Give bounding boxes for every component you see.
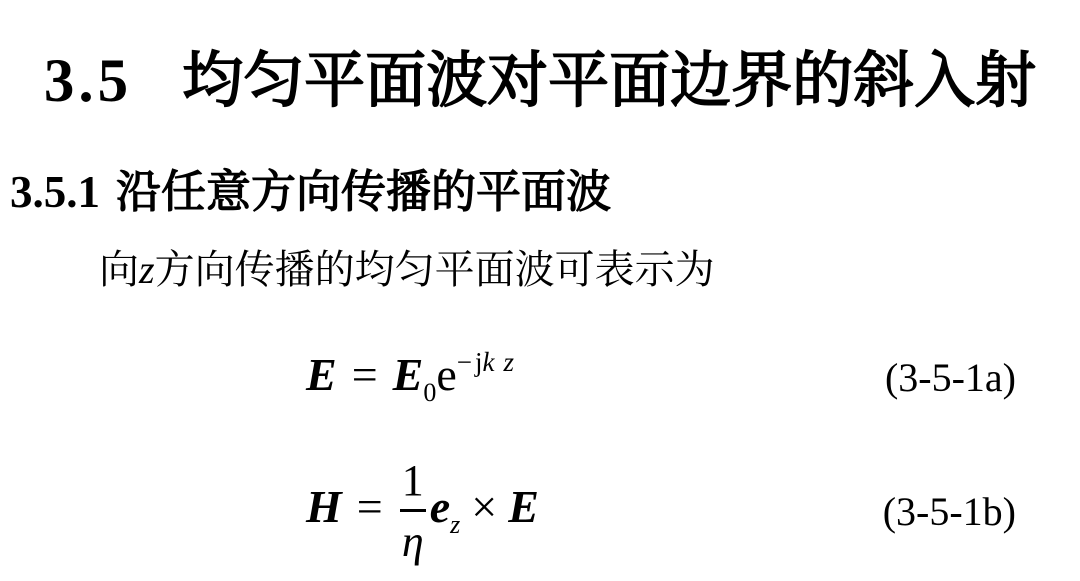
intro-post: 方向传播的均匀平面波可表示为 (155, 247, 715, 292)
eq2-unit-vector-e: e (430, 481, 450, 532)
page-title-number: 3.5 (44, 48, 132, 115)
page-title: 3.5均匀平面波对平面边界的斜入射 (0, 45, 1080, 118)
eq1-exponent-k: k (483, 347, 495, 377)
eq1-exponent-j: j (475, 347, 483, 377)
equation-1: E=E0e−jkz (306, 349, 514, 406)
eq2-unit-vector-subscript-z: z (450, 510, 460, 539)
eq1-exponent: −jkz (457, 347, 514, 377)
equation-1-label: (3-5-1a) (885, 354, 1016, 401)
eq1-E0-vector: E (393, 349, 424, 400)
eq2-equals-sign: = (357, 481, 383, 532)
section-heading-number: 3.5.1 (10, 167, 100, 217)
equation-row-1: E=E0e−jkz (3-5-1a) (306, 342, 1016, 412)
eq1-E-vector: E (306, 349, 337, 400)
eq2-cross-product-sign: × (471, 481, 497, 532)
intro-pre: 向 (99, 247, 139, 292)
intro-sentence: 向z方向传播的均匀平面波可表示为 (99, 246, 715, 294)
eq1-exponent-minus: − (457, 347, 472, 377)
eq1-exponent-z: z (503, 347, 514, 377)
eq2-H-vector: H (306, 481, 342, 532)
equation-row-2: H=1ηez×E (3-5-1b) (306, 456, 1016, 566)
eq2-fraction-denominator-eta: η (400, 512, 426, 564)
section-heading: 3.5.1沿任意方向传播的平面波 (10, 165, 611, 219)
eq1-E0-subscript: 0 (423, 378, 436, 407)
page-title-text: 均匀平面波对平面边界的斜入射 (182, 48, 1036, 115)
eq2-fraction: 1η (400, 459, 426, 564)
eq2-E-vector: E (508, 481, 539, 532)
equation-2: H=1ηez×E (306, 459, 539, 564)
eq1-exponential-base: e (436, 349, 456, 400)
eq1-equals-sign: = (352, 349, 378, 400)
intro-variable-z: z (139, 247, 155, 292)
equation-2-label: (3-5-1b) (883, 488, 1016, 535)
eq2-fraction-numerator: 1 (400, 459, 426, 509)
section-heading-text: 沿任意方向传播的平面波 (116, 167, 611, 217)
